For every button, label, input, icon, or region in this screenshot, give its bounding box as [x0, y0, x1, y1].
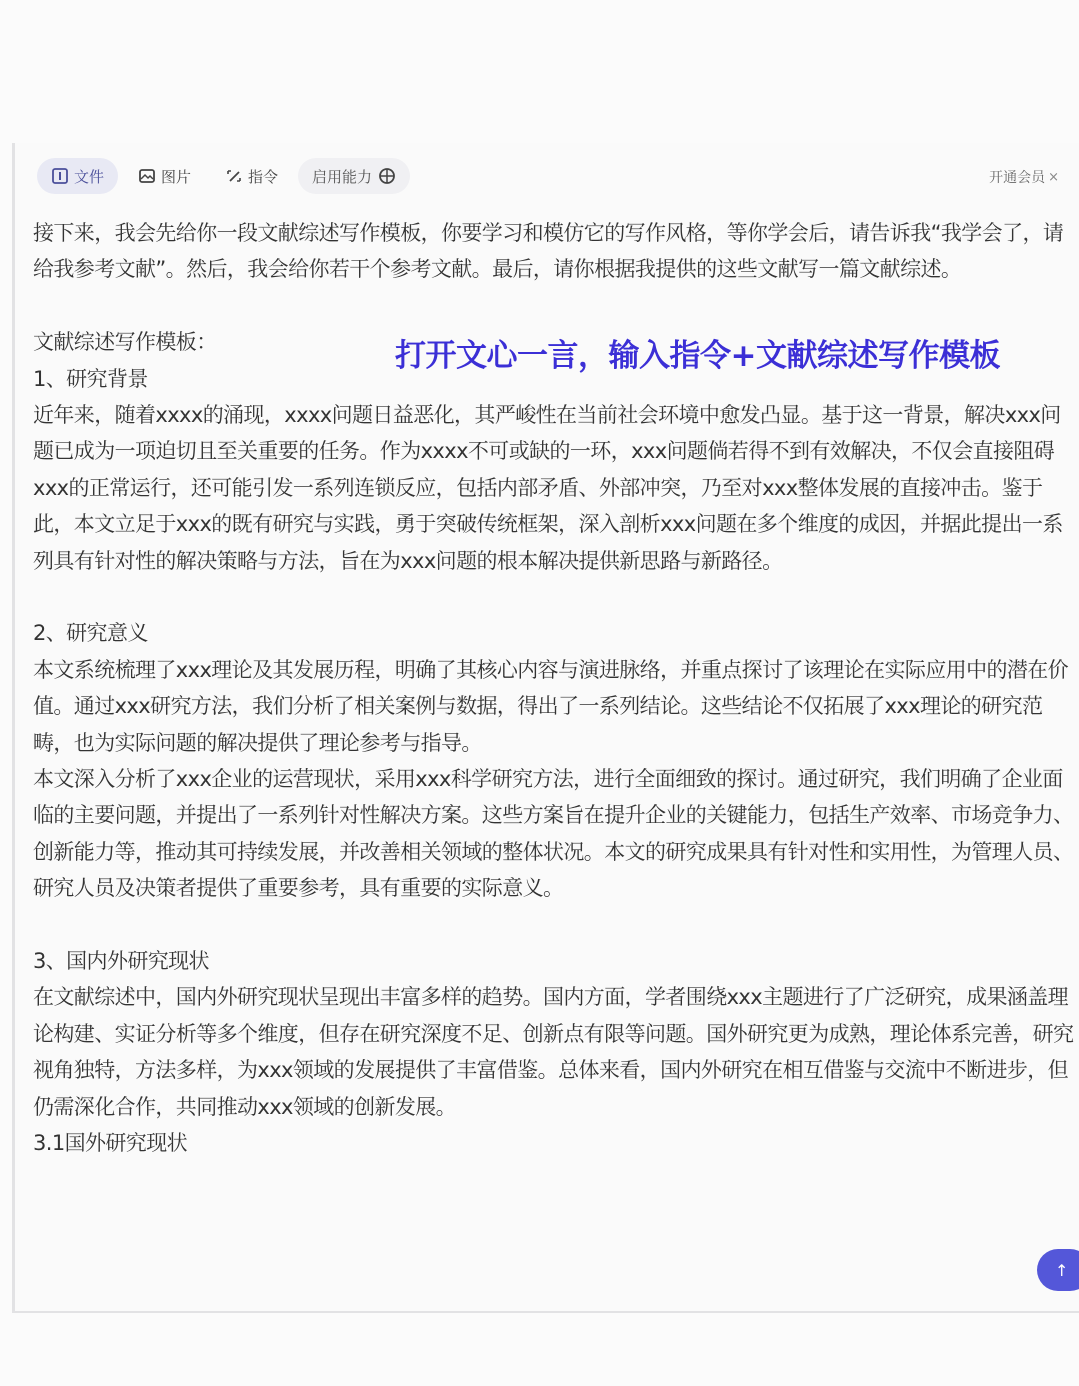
tab-command-label: 指令 [248, 166, 278, 187]
tab-file[interactable]: 文件 [37, 158, 118, 194]
section-paragraph: 在文献综述中，国内外研究现状呈现出丰富多样的趋势。国内方面，学者围绕xxx主题进… [33, 979, 1079, 1125]
command-icon [225, 167, 243, 185]
tab-file-label: 文件 [74, 166, 104, 187]
input-toolbar: 文件 图片 指令 启用能力 [37, 157, 416, 195]
enable-ability-label: 启用能力 [312, 166, 372, 187]
template-title: 文献综述写作模板： [33, 324, 1079, 360]
chat-input-panel: 文件 图片 指令 启用能力 开通会员 × 打开文心一言，输入指令+文献综述写作模… [12, 143, 1079, 1313]
vip-label[interactable]: 开通会员 [989, 167, 1045, 187]
intro-paragraph: 接下来，我会先给你一段文献综述写作模板，你要学习和模仿它的写作风格，等你学会后，… [33, 215, 1079, 288]
prompt-text[interactable]: 接下来，我会先给你一段文献综述写作模板，你要学习和模仿它的写作风格，等你学会后，… [33, 215, 1079, 1162]
section-heading: 1、研究背景 [33, 361, 1079, 397]
subsection-heading: 3.1国外研究现状 [33, 1125, 1079, 1161]
section-paragraph: 本文系统梳理了xxx理论及其发展历程，明确了其核心内容与演进脉络，并重点探讨了该… [33, 652, 1079, 761]
tab-image-label: 图片 [161, 166, 191, 187]
vip-promo[interactable]: 开通会员 × [989, 167, 1059, 187]
section-heading: 3、国内外研究现状 [33, 943, 1079, 979]
tab-image[interactable]: 图片 [124, 158, 205, 194]
section-heading: 2、研究意义 [33, 615, 1079, 651]
enable-ability-button[interactable]: 启用能力 [298, 158, 410, 194]
file-icon [51, 167, 69, 185]
send-icon: ↑ [1055, 1261, 1068, 1280]
globe-icon [378, 167, 396, 185]
image-icon [138, 167, 156, 185]
section-paragraph: 近年来，随着xxxx的涌现，xxxx问题日益恶化，其严峻性在当前社会环境中愈发凸… [33, 397, 1079, 579]
tab-command[interactable]: 指令 [211, 158, 292, 194]
section-paragraph: 本文深入分析了xxx企业的运营现状，采用xxx科学研究方法，进行全面细致的探讨。… [33, 761, 1079, 907]
send-button[interactable]: ↑ [1037, 1249, 1079, 1291]
close-icon[interactable]: × [1048, 170, 1059, 185]
